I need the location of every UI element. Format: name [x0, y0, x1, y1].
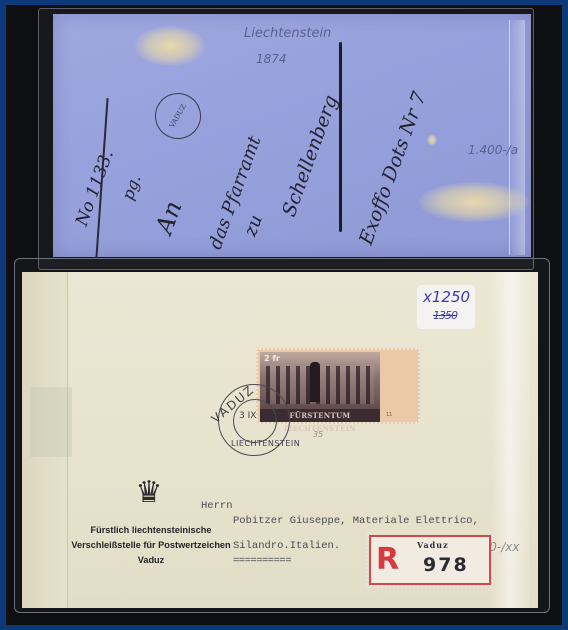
coat-of-arms-icon: ♛ [133, 473, 165, 513]
pencil-year: 1874 [256, 52, 287, 66]
sender-imprint: Fürstlich liechtensteinische Verschleißs… [46, 523, 256, 568]
pencil-note: 35 [313, 430, 323, 439]
address-salutation: Herrn [201, 500, 233, 512]
foxing-stain [135, 26, 205, 66]
stamp-central-figure [310, 362, 320, 402]
price-tag-value: x1250 [423, 288, 470, 306]
address-line: Silandro.Italien. [233, 540, 340, 552]
postmark-country: LIECHTENSTEIN [231, 439, 300, 448]
foxing-spot [427, 134, 437, 146]
stamp-margin-number: 11 [386, 412, 392, 418]
pencil-country: Liechtenstein [244, 26, 331, 41]
sender-line: Fürstlich liechtensteinische [46, 523, 256, 538]
paper-fold [509, 20, 525, 255]
postmark-date: 3 IX [239, 411, 256, 421]
blue-letter-cover [53, 14, 531, 257]
ink-stroke [339, 42, 342, 232]
foxing-stain [419, 182, 529, 222]
registration-letter: R [376, 541, 399, 579]
registration-office: Vaduz [417, 540, 449, 550]
pencil-price: 1.400-/a [468, 143, 518, 157]
registration-label: R Vaduz 978 [369, 535, 491, 585]
address-line: Pobitzer Giuseppe, Materiale Elettrico, [233, 515, 479, 527]
postmark-town: VADUZ [168, 103, 188, 130]
registration-number: 978 [423, 554, 469, 576]
stamp-denomination: 2 fr [264, 354, 280, 363]
tape-residue [30, 387, 72, 457]
sleeve-glare [490, 272, 530, 608]
sender-line: Verschleißstelle für Postwertzeichen [46, 538, 256, 553]
price-tag-struck-value: 1350 [433, 309, 457, 322]
vaduz-postmark: VADUZ 3 IX LIECHTENSTEIN [218, 384, 290, 456]
sender-line: Vaduz [46, 553, 256, 568]
price-tag: x1250 1350 [417, 285, 475, 329]
address-underline: ========== [233, 555, 291, 567]
